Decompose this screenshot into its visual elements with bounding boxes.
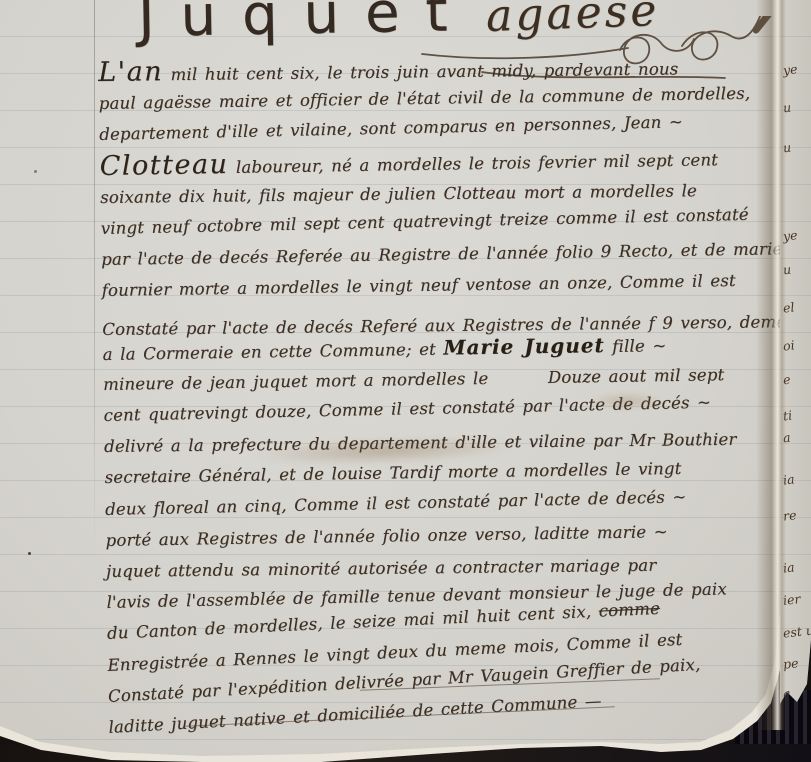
- ink-speck: [34, 170, 37, 173]
- margin-fragment: est u: [782, 622, 811, 640]
- struck-word: comme: [598, 599, 660, 621]
- ink-speck: [28, 552, 31, 555]
- opening-word: L'an: [98, 56, 163, 88]
- bride-name: Marie Juguet: [443, 333, 605, 360]
- body-text: L'an mil huit cent six, le trois juin av…: [98, 46, 809, 743]
- page-fold-shadow: [756, 0, 786, 730]
- erasure-smudge: [588, 392, 664, 410]
- groom-surname: Clotteau: [99, 149, 228, 182]
- scanned-register-page: Juquet agaëse L'an mil huit cent six, le…: [0, 0, 811, 762]
- manuscript-paper: Juquet agaëse L'an mil huit cent six, le…: [0, 0, 811, 762]
